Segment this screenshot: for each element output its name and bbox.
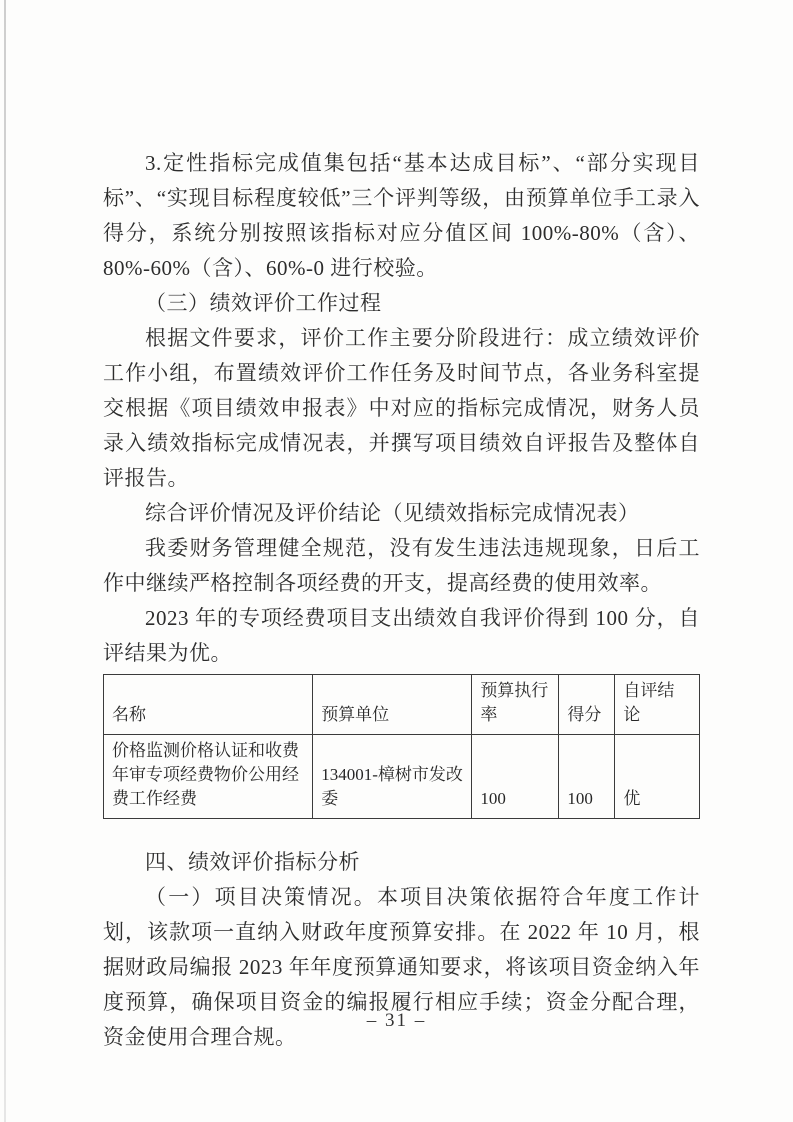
table-row: 价格监测价格认证和收费年审专项经费物价公用经费工作经费 134001-樟树市发改… — [104, 735, 700, 819]
paragraph-self-evaluation-score: 2023 年的专项经费项目支出绩效自我评价得到 100 分，自评结果为优。 — [103, 601, 700, 671]
cell-project-name: 价格监测价格认证和收费年审专项经费物价公用经费工作经费 — [104, 735, 313, 819]
table-header-name: 名称 — [104, 675, 313, 735]
heading-indicator-analysis: 四、绩效评价指标分析 — [103, 845, 700, 880]
paragraph-financial-management: 我委财务管理健全规范，没有发生违法违规现象，日后工作中继续严格控制各项经费的开支… — [103, 531, 700, 601]
page-footer: – 31 – — [0, 1010, 793, 1032]
table-header-row: 名称 预算单位 预算执行率 得分 自评结论 — [104, 675, 700, 735]
cell-budget-execution-rate: 100 — [472, 735, 559, 819]
scan-edge-artifact — [4, 0, 6, 1122]
paragraph-comprehensive-conclusion: 综合评价情况及评价结论（见绩效指标完成情况表） — [103, 496, 700, 531]
table-header-budget-unit: 预算单位 — [313, 675, 472, 735]
table-header-score: 得分 — [559, 675, 615, 735]
page-number: – 31 – — [367, 1010, 427, 1031]
paragraph-qualitative-indicator-rule: 3.定性指标完成值集包括“基本达成目标”、“部分实现目标”、“实现目标程度较低”… — [103, 146, 700, 286]
cell-score: 100 — [559, 735, 615, 819]
page-content: 3.定性指标完成值集包括“基本达成目标”、“部分实现目标”、“实现目标程度较低”… — [103, 146, 700, 1055]
heading-evaluation-work-process: （三）绩效评价工作过程 — [103, 286, 700, 321]
cell-self-evaluation-conclusion: 优 — [615, 735, 700, 819]
paragraph-evaluation-process-detail: 根据文件要求，评价工作主要分阶段进行：成立绩效评价工作小组，布置绩效评价工作任务… — [103, 321, 700, 496]
document-page: 3.定性指标完成值集包括“基本达成目标”、“部分实现目标”、“实现目标程度较低”… — [0, 0, 793, 1122]
cell-budget-unit: 134001-樟树市发改委 — [313, 735, 472, 819]
table-header-self-evaluation-conclusion: 自评结论 — [615, 675, 700, 735]
self-evaluation-table: 名称 预算单位 预算执行率 得分 自评结论 价格监测价格认证和收费年审专项经费物… — [103, 674, 700, 819]
self-evaluation-table-container: 名称 预算单位 预算执行率 得分 自评结论 价格监测价格认证和收费年审专项经费物… — [103, 674, 700, 819]
table-header-budget-execution-rate: 预算执行率 — [472, 675, 559, 735]
